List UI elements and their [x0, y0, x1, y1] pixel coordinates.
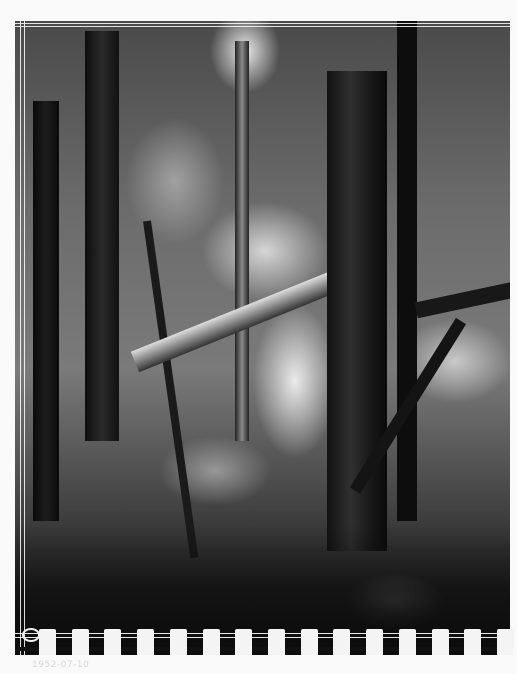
- registration-mark-icon: [22, 628, 40, 642]
- sprocket-hole: [235, 629, 252, 655]
- film-sprocket-strip: [15, 627, 510, 653]
- sprocket-hole: [333, 629, 350, 655]
- tree-trunk-left-center: [85, 31, 119, 441]
- tree-trunk-left: [33, 101, 59, 521]
- sprocket-hole: [301, 629, 318, 655]
- tree-trunk-thin-sunlit: [235, 41, 249, 441]
- sprocket-hole: [39, 629, 56, 655]
- forest-photograph: [15, 21, 510, 655]
- frame-line: [15, 26, 510, 27]
- frame-line: [15, 23, 510, 24]
- overhanging-branch: [415, 280, 510, 319]
- photo-caption: 1952-07-10: [32, 660, 89, 670]
- sprocket-hole: [432, 629, 449, 655]
- sprocket-hole: [137, 629, 154, 655]
- sprocket-hole: [170, 629, 187, 655]
- tree-trunk-right: [397, 21, 417, 521]
- sprocket-hole: [464, 629, 481, 655]
- sprocket-hole: [399, 629, 416, 655]
- sprocket-hole: [104, 629, 121, 655]
- sprocket-hole: [497, 629, 514, 655]
- frame-line: [24, 21, 25, 655]
- frame-line: [20, 21, 21, 655]
- sapling-stem: [143, 220, 198, 558]
- sprocket-hole: [268, 629, 285, 655]
- sprocket-hole: [72, 629, 89, 655]
- sprocket-hole: [366, 629, 383, 655]
- sprocket-hole: [203, 629, 220, 655]
